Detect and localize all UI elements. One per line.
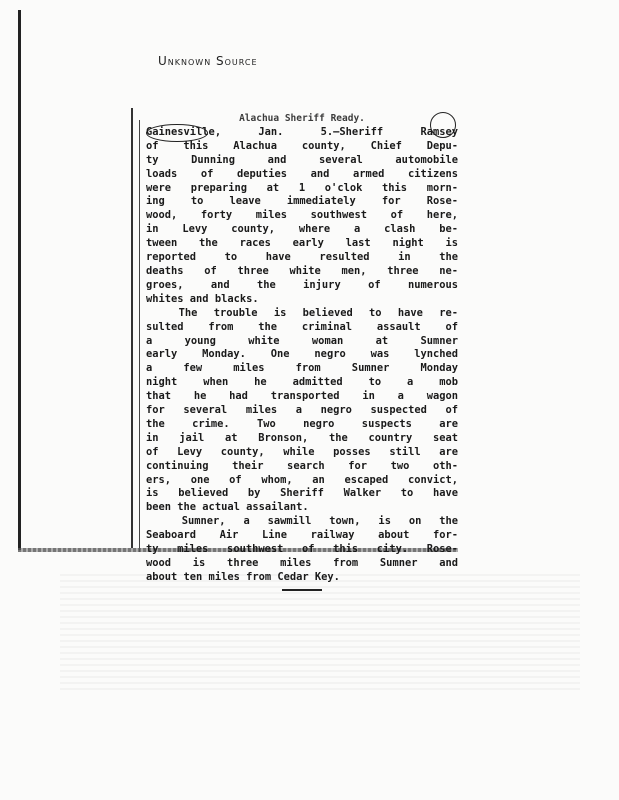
clipping-line: wood, forty miles southwest of here,	[146, 209, 458, 223]
clipping-line: wood is three miles from Sumner and	[146, 557, 458, 571]
clipping-line: groes, and the injury of numerous	[146, 279, 458, 293]
clipping-line: of Levy county, while posses still are	[146, 446, 458, 460]
clipping-line: Seaboard Air Line railway about for-	[146, 529, 458, 543]
newspaper-clipping: Alachua Sheriff Ready. Gainesville, Jan.…	[146, 112, 458, 591]
clipping-body: Gainesville, Jan. 5.—Sheriff Ramseyof th…	[146, 126, 458, 585]
clipping-line: deaths of three white men, three ne-	[146, 265, 458, 279]
clipping-line: continuing their search for two oth-	[146, 460, 458, 474]
clipping-line: reported to have resulted in the	[146, 251, 458, 265]
clipping-line: in Levy county, where a clash be-	[146, 223, 458, 237]
clipping-line: that he had transported in a wagon	[146, 390, 458, 404]
clipping-line: Sumner, a sawmill town, is on the	[146, 515, 458, 529]
clipping-line: sulted from the criminal assault of	[146, 321, 458, 335]
clipping-line: for several miles a negro suspected of	[146, 404, 458, 418]
clipping-line: is believed by Sheriff Walker to have	[146, 487, 458, 501]
clipping-line: whites and blacks.	[146, 293, 458, 307]
clipping-line: were preparing at 1 o'clok this morn-	[146, 182, 458, 196]
clipping-headline: Alachua Sheriff Ready.	[146, 112, 458, 126]
page-border-left	[18, 10, 21, 550]
clipping-line: Gainesville, Jan. 5.—Sheriff Ramsey	[146, 126, 458, 140]
clipping-line: in jail at Bronson, the country seat	[146, 432, 458, 446]
clipping-line: ty miles southwest of this city. Rose-	[146, 543, 458, 557]
clipping-line: a young white woman at Sumner	[146, 335, 458, 349]
clipping-line: ers, one of whom, an escaped convict,	[146, 474, 458, 488]
clipping-line: about ten miles from Cedar Key.	[146, 571, 458, 585]
clipping-line: ty Dunning and several automobile	[146, 154, 458, 168]
clipping-line: the crime. Two negro suspects are	[146, 418, 458, 432]
clipping-line: tween the races early last night is	[146, 237, 458, 251]
clipping-line: a few miles from Sumner Monday	[146, 362, 458, 376]
column-rule-inner	[139, 120, 140, 552]
clipping-line: early Monday. One negro was lynched	[146, 348, 458, 362]
clipping-line: been the actual assailant.	[146, 501, 458, 515]
column-rule	[131, 108, 133, 548]
clipping-line: loads of deputies and armed citizens	[146, 168, 458, 182]
clipping-line: The trouble is believed to have re-	[146, 307, 458, 321]
clipping-line: ing to leave immediately for Rose-	[146, 195, 458, 209]
end-rule	[282, 589, 322, 591]
clipping-line: night when he admitted to a mob	[146, 376, 458, 390]
handwritten-source-note: Unknown Source	[158, 54, 258, 68]
clipping-line: of this Alachua county, Chief Depu-	[146, 140, 458, 154]
